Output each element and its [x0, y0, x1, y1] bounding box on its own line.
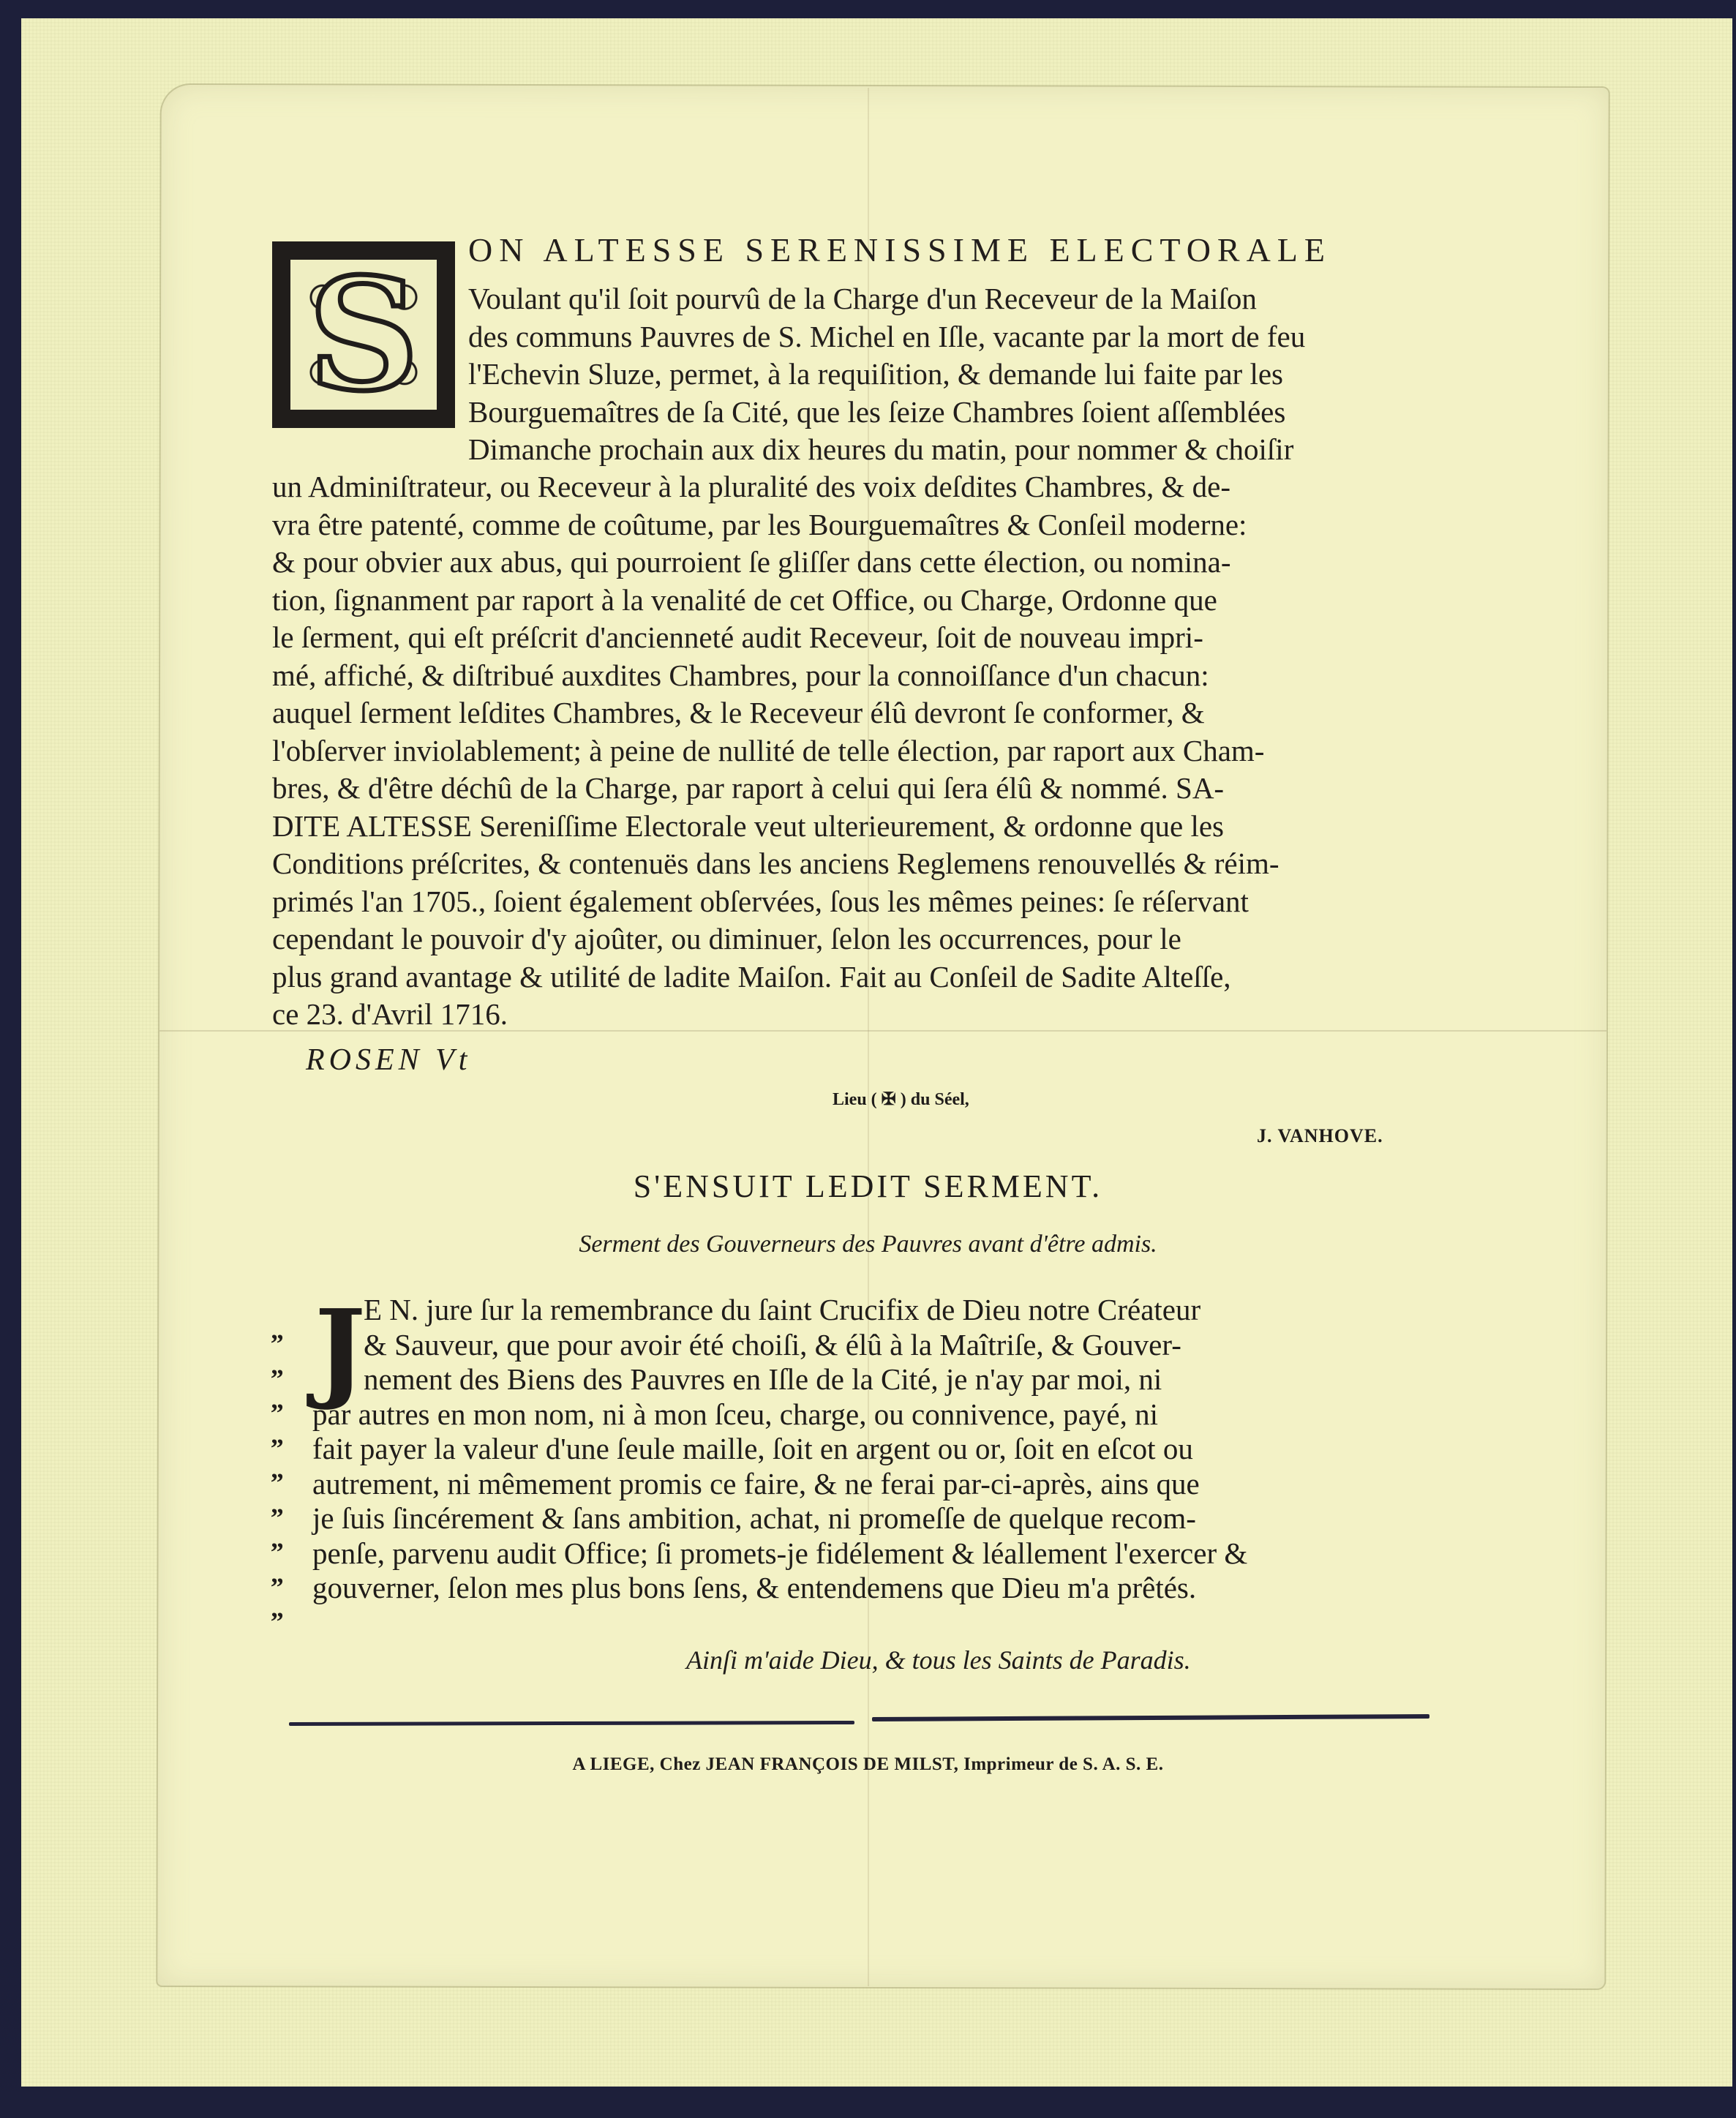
oath-subtitle: Serment des Gouverneurs des Pauvres avan… [0, 1231, 1736, 1258]
text-line: Conditions préſcrites, & contenuës dans … [272, 845, 1438, 883]
quote-mark-icon: „ [271, 1591, 284, 1626]
quote-mark-icon: „ [271, 1348, 284, 1383]
signature-rosen: ROSEN Vt [306, 1043, 471, 1078]
decree-paragraph-body: un Adminiſtrateur, ou Receveur à la plur… [272, 468, 1438, 1034]
seal-placeholder: Lieu ( ✠ ) du Séel, [833, 1089, 969, 1110]
text-line: Voulant qu'il ſoit pourvû de la Charge d… [468, 280, 1438, 318]
text-line: Bourguemaîtres de ſa Cité, que les ſeize… [468, 394, 1438, 432]
quotation-marks-column: „ „ „ „ „ „ „ „ „ [271, 1313, 284, 1626]
printer-imprint: A LIEGE, Chez JEAN FRANÇOIS DE MILST, Im… [0, 1754, 1736, 1775]
text-line: E N. jure ſur la remembrance du ſaint Cr… [364, 1293, 1438, 1328]
signature-vanhove: J. VANHOVE. [1257, 1125, 1383, 1147]
floral-ornament-icon: S [288, 258, 439, 412]
text-line: plus grand avantage & utilité de ladite … [272, 958, 1438, 996]
oath-text: E N. jure ſur la remembrance du ſaint Cr… [312, 1293, 1438, 1606]
text-line: tion, ſignanment par raport à la venalit… [272, 582, 1438, 620]
text-line: par autres en mon nom, ni à mon ſceu, ch… [312, 1397, 1438, 1432]
text-line: l'Echevin Sluze, permet, à la requiſitio… [468, 356, 1438, 394]
text-line: DITE ALTESSE Sereniſſime Electorale veut… [272, 808, 1438, 846]
quote-mark-icon: „ [271, 1522, 284, 1557]
decree-date-line: ce 23. d'Avril 1716. [272, 996, 1438, 1034]
text-line: le ſerment, qui eſt préſcrit d'anciennet… [272, 619, 1438, 657]
text-line: auquel ſerment leſdites Chambres, & le R… [272, 694, 1438, 732]
text-line: mé, affiché, & diſtribué auxdites Chambr… [272, 657, 1438, 695]
text-line: vra être patenté, comme de coûtume, par … [272, 506, 1438, 544]
text-line: Dimanche prochain aux dix heures du mati… [468, 431, 1438, 469]
text-line: penſe, parvenu audit Office; ſi promets-… [312, 1536, 1438, 1571]
text-line: nement des Biens des Pauvres en Iſle de … [364, 1362, 1438, 1397]
text-line: l'obſerver inviolablement; à peine de nu… [272, 732, 1438, 770]
oath-closing: Ainſi m'aide Dieu, & tous les Saints de … [686, 1645, 1191, 1675]
decree-paragraph-top: Voulant qu'il ſoit pourvû de la Charge d… [468, 280, 1438, 469]
text-line: & Sauveur, que pour avoir été choiſi, & … [364, 1328, 1438, 1363]
text-line: un Adminiſtrateur, ou Receveur à la plur… [272, 468, 1438, 506]
quote-mark-icon: „ [271, 1452, 284, 1487]
initial-letter: S [308, 258, 419, 412]
text-line: autrement, ni mêmement promis ce faire, … [312, 1467, 1438, 1502]
text-line: des communs Pauvres de S. Michel en Iſle… [468, 318, 1438, 356]
text-line: gouverner, ſelon mes plus bons ſens, & e… [312, 1571, 1438, 1606]
oath-title: S'ENSUIT LEDIT SERMENT. [0, 1168, 1736, 1205]
quote-mark-icon: „ [271, 1313, 284, 1348]
text-line: je ſuis ſincérement & ſans ambition, ach… [312, 1501, 1438, 1536]
text-line: bres, & d'être déchû de la Charge, par r… [272, 770, 1438, 808]
text-line: primés l'an 1705., ſoient également obſe… [272, 883, 1438, 921]
text-line: fait payer la valeur d'une ſeule maille,… [312, 1432, 1438, 1467]
text-line: & pour obvier aux abus, qui pourroient ſ… [272, 544, 1438, 582]
decorated-initial-s: S [272, 241, 455, 428]
text-line: cependant le pouvoir d'y ajoûter, ou dim… [272, 920, 1438, 958]
quote-mark-icon: „ [271, 1557, 284, 1592]
quote-mark-icon: „ [271, 1487, 284, 1522]
decree-heading: ON ALTESSE SERENISSIME ELECTORALE [468, 230, 1331, 269]
quote-mark-icon: „ [271, 1418, 284, 1453]
quote-mark-icon: „ [271, 1383, 284, 1418]
